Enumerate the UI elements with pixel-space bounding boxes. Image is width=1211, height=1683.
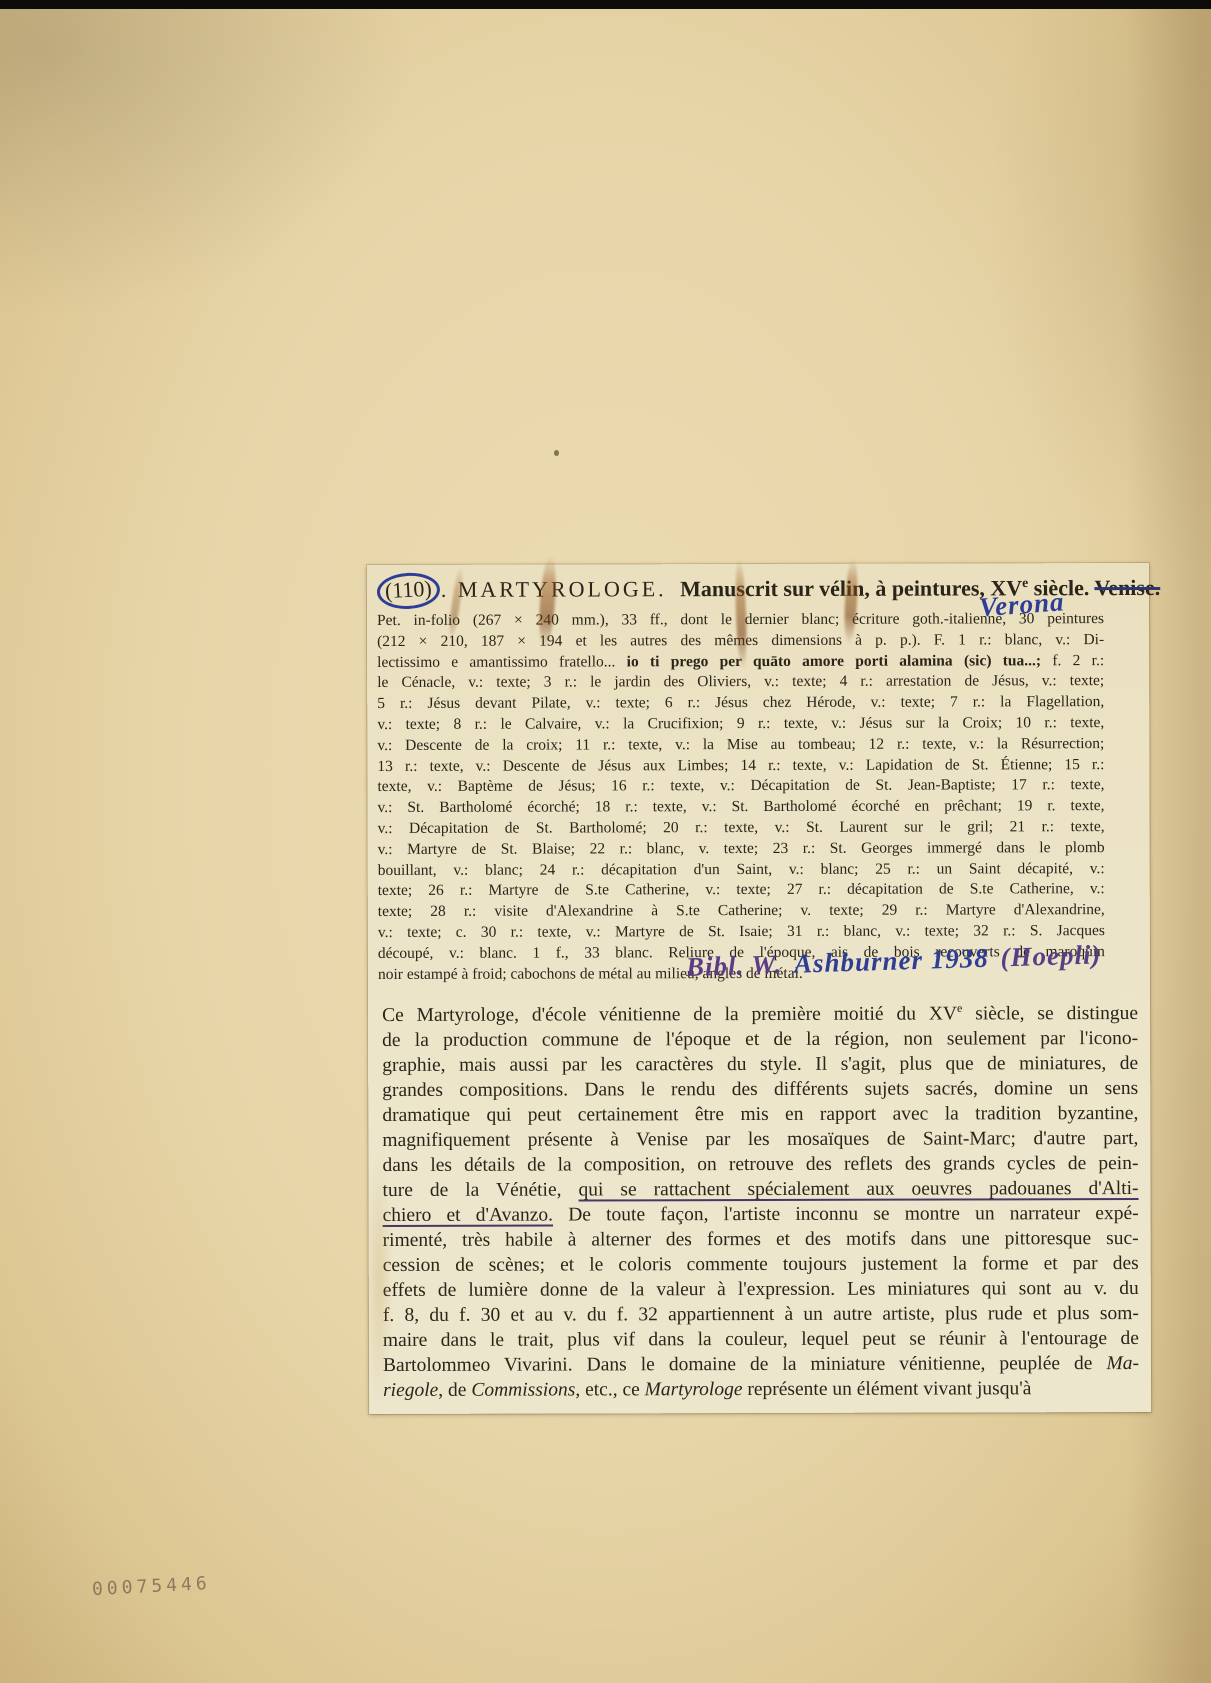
scan-black-border <box>0 0 1211 9</box>
text-line: bouillant, v.: blanc; 24 r.: décapitatio… <box>378 859 1105 882</box>
text-line: texte; 26 r.: Martyre de S.te Catherine,… <box>378 879 1105 902</box>
text-line: v.: St. Bartholomé écorché; 18 r.: texte… <box>378 796 1105 819</box>
entry-subtitle: Manuscrit sur vélin, à peintures, XVe si… <box>680 575 1160 601</box>
catalog-number: (110) <box>384 576 432 604</box>
bibliography-paren: (Hoepli) <box>1000 939 1102 972</box>
page-scan: (110). MARTYROLOGE. Manuscrit sur vélin,… <box>0 0 1211 1683</box>
text-line: 5 r.: Jésus devant Pilate, v.: texte; 6 … <box>377 692 1104 715</box>
text-line: v.: texte; c. 30 r.: texte, v.: Martyre … <box>378 921 1105 944</box>
text-line: texte; 28 r.: visite d'Alexandrine à S.t… <box>378 900 1105 923</box>
text-line: maire dans le trait, plus vif dans la co… <box>383 1326 1139 1353</box>
text-line: chiero et d'Avanzo. De toute façon, l'ar… <box>383 1201 1139 1228</box>
text-line: f. 8, du f. 30 et au v. du f. 32 apparti… <box>383 1301 1139 1328</box>
text-line: grandes compositions. Dans le rendu des … <box>382 1076 1138 1103</box>
text-line: Bartolommeo Vivarini. Dans le domaine de… <box>383 1351 1139 1378</box>
catalog-number-circle: (110) <box>376 571 441 610</box>
bibliography-prefix: Bibl. W. <box>686 949 783 982</box>
catalog-number-period: . <box>441 577 447 602</box>
paper-blotch <box>366 1150 392 1410</box>
bibliography-main: Ashburner 1938 <box>794 943 990 979</box>
text-line: graphie, mais aussi par les caractères d… <box>382 1051 1138 1078</box>
pencil-inventory-number: 00075446 <box>92 1573 212 1600</box>
text-line: Ce Martyrologe, d'école vénitienne de la… <box>382 1001 1138 1028</box>
text-line: v.: Martyre de St. Blaise; 22 r.: blanc,… <box>378 838 1105 861</box>
text-line: magnifiquement présente à Venise par les… <box>382 1126 1138 1153</box>
text-line: v.: Descente de la croix; 11 r.: texte, … <box>377 734 1104 757</box>
text-line: 13 r.: texte, v.: Descente de Jésus aux … <box>377 755 1104 778</box>
text-line: dans les détails de la composition, on r… <box>382 1151 1138 1178</box>
paper-speck <box>554 450 559 456</box>
text-line: dramatique qui peut certainement être mi… <box>382 1101 1138 1128</box>
text-line: texte, v.: Baptème de Jésus; 16 r.: text… <box>377 775 1104 798</box>
text-line: v.: texte; 8 r.: le Calvaire, v.: la Cru… <box>377 713 1104 736</box>
text-line: cession de scènes; et le coloris comment… <box>383 1251 1139 1278</box>
text-line: riegole, de Commissions, etc., ce Martyr… <box>383 1376 1139 1403</box>
place-name-struck: Venise. <box>1094 575 1160 600</box>
text-line: le Cénacle, v.: texte; 3 r.: le jardin d… <box>377 671 1104 694</box>
text-line: rimenté, très habile à alterner des form… <box>383 1226 1139 1253</box>
entry-name: MARTYROLOGE. <box>458 576 667 602</box>
text-line: effets de lumière donne de la valeur à l… <box>383 1276 1139 1303</box>
pasted-catalog-clipping: (110). MARTYROLOGE. Manuscrit sur vélin,… <box>367 563 1151 1414</box>
text-line: ture de la Vénétie, qui se rattachent sp… <box>382 1176 1138 1203</box>
commentary-paragraph: Ce Martyrologe, d'école vénitienne de la… <box>382 1001 1139 1403</box>
text-line: v.: Décapitation de St. Bartholomé; 20 r… <box>378 817 1105 840</box>
text-line: de la production commune de l'époque et … <box>382 1026 1138 1053</box>
